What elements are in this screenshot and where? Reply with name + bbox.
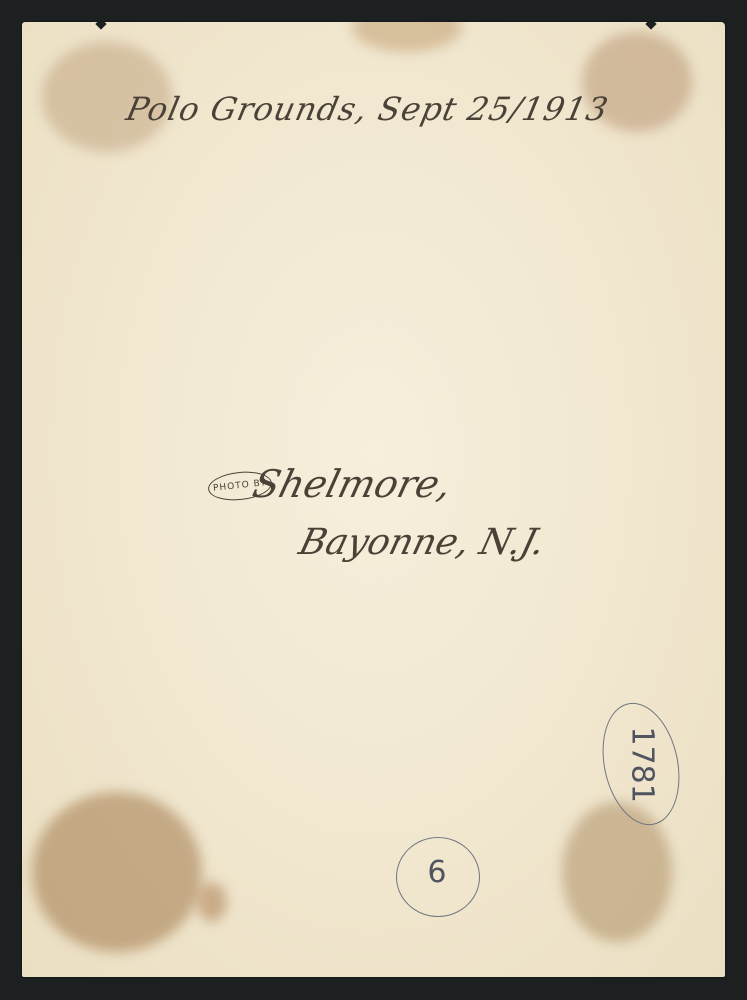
location-date-inscription: Polo Grounds, Sept 25/1913 [123, 90, 612, 128]
edge-tear-top-right [645, 22, 656, 30]
photographer-city: Bayonne, N.J. [295, 522, 549, 563]
pencil-catalog-number: 1781 [625, 727, 660, 797]
stain-bottom-left [32, 792, 202, 952]
stain-bottom-left-small [197, 882, 227, 922]
stain-top-center [352, 22, 462, 52]
photographer-name: Shelmore, [249, 462, 457, 506]
photo-card-back: Polo Grounds, Sept 25/1913 PHOTO BY Shel… [22, 22, 725, 977]
pencil-circle-number: 9 [396, 852, 478, 887]
edge-tear-top-left [95, 22, 106, 30]
